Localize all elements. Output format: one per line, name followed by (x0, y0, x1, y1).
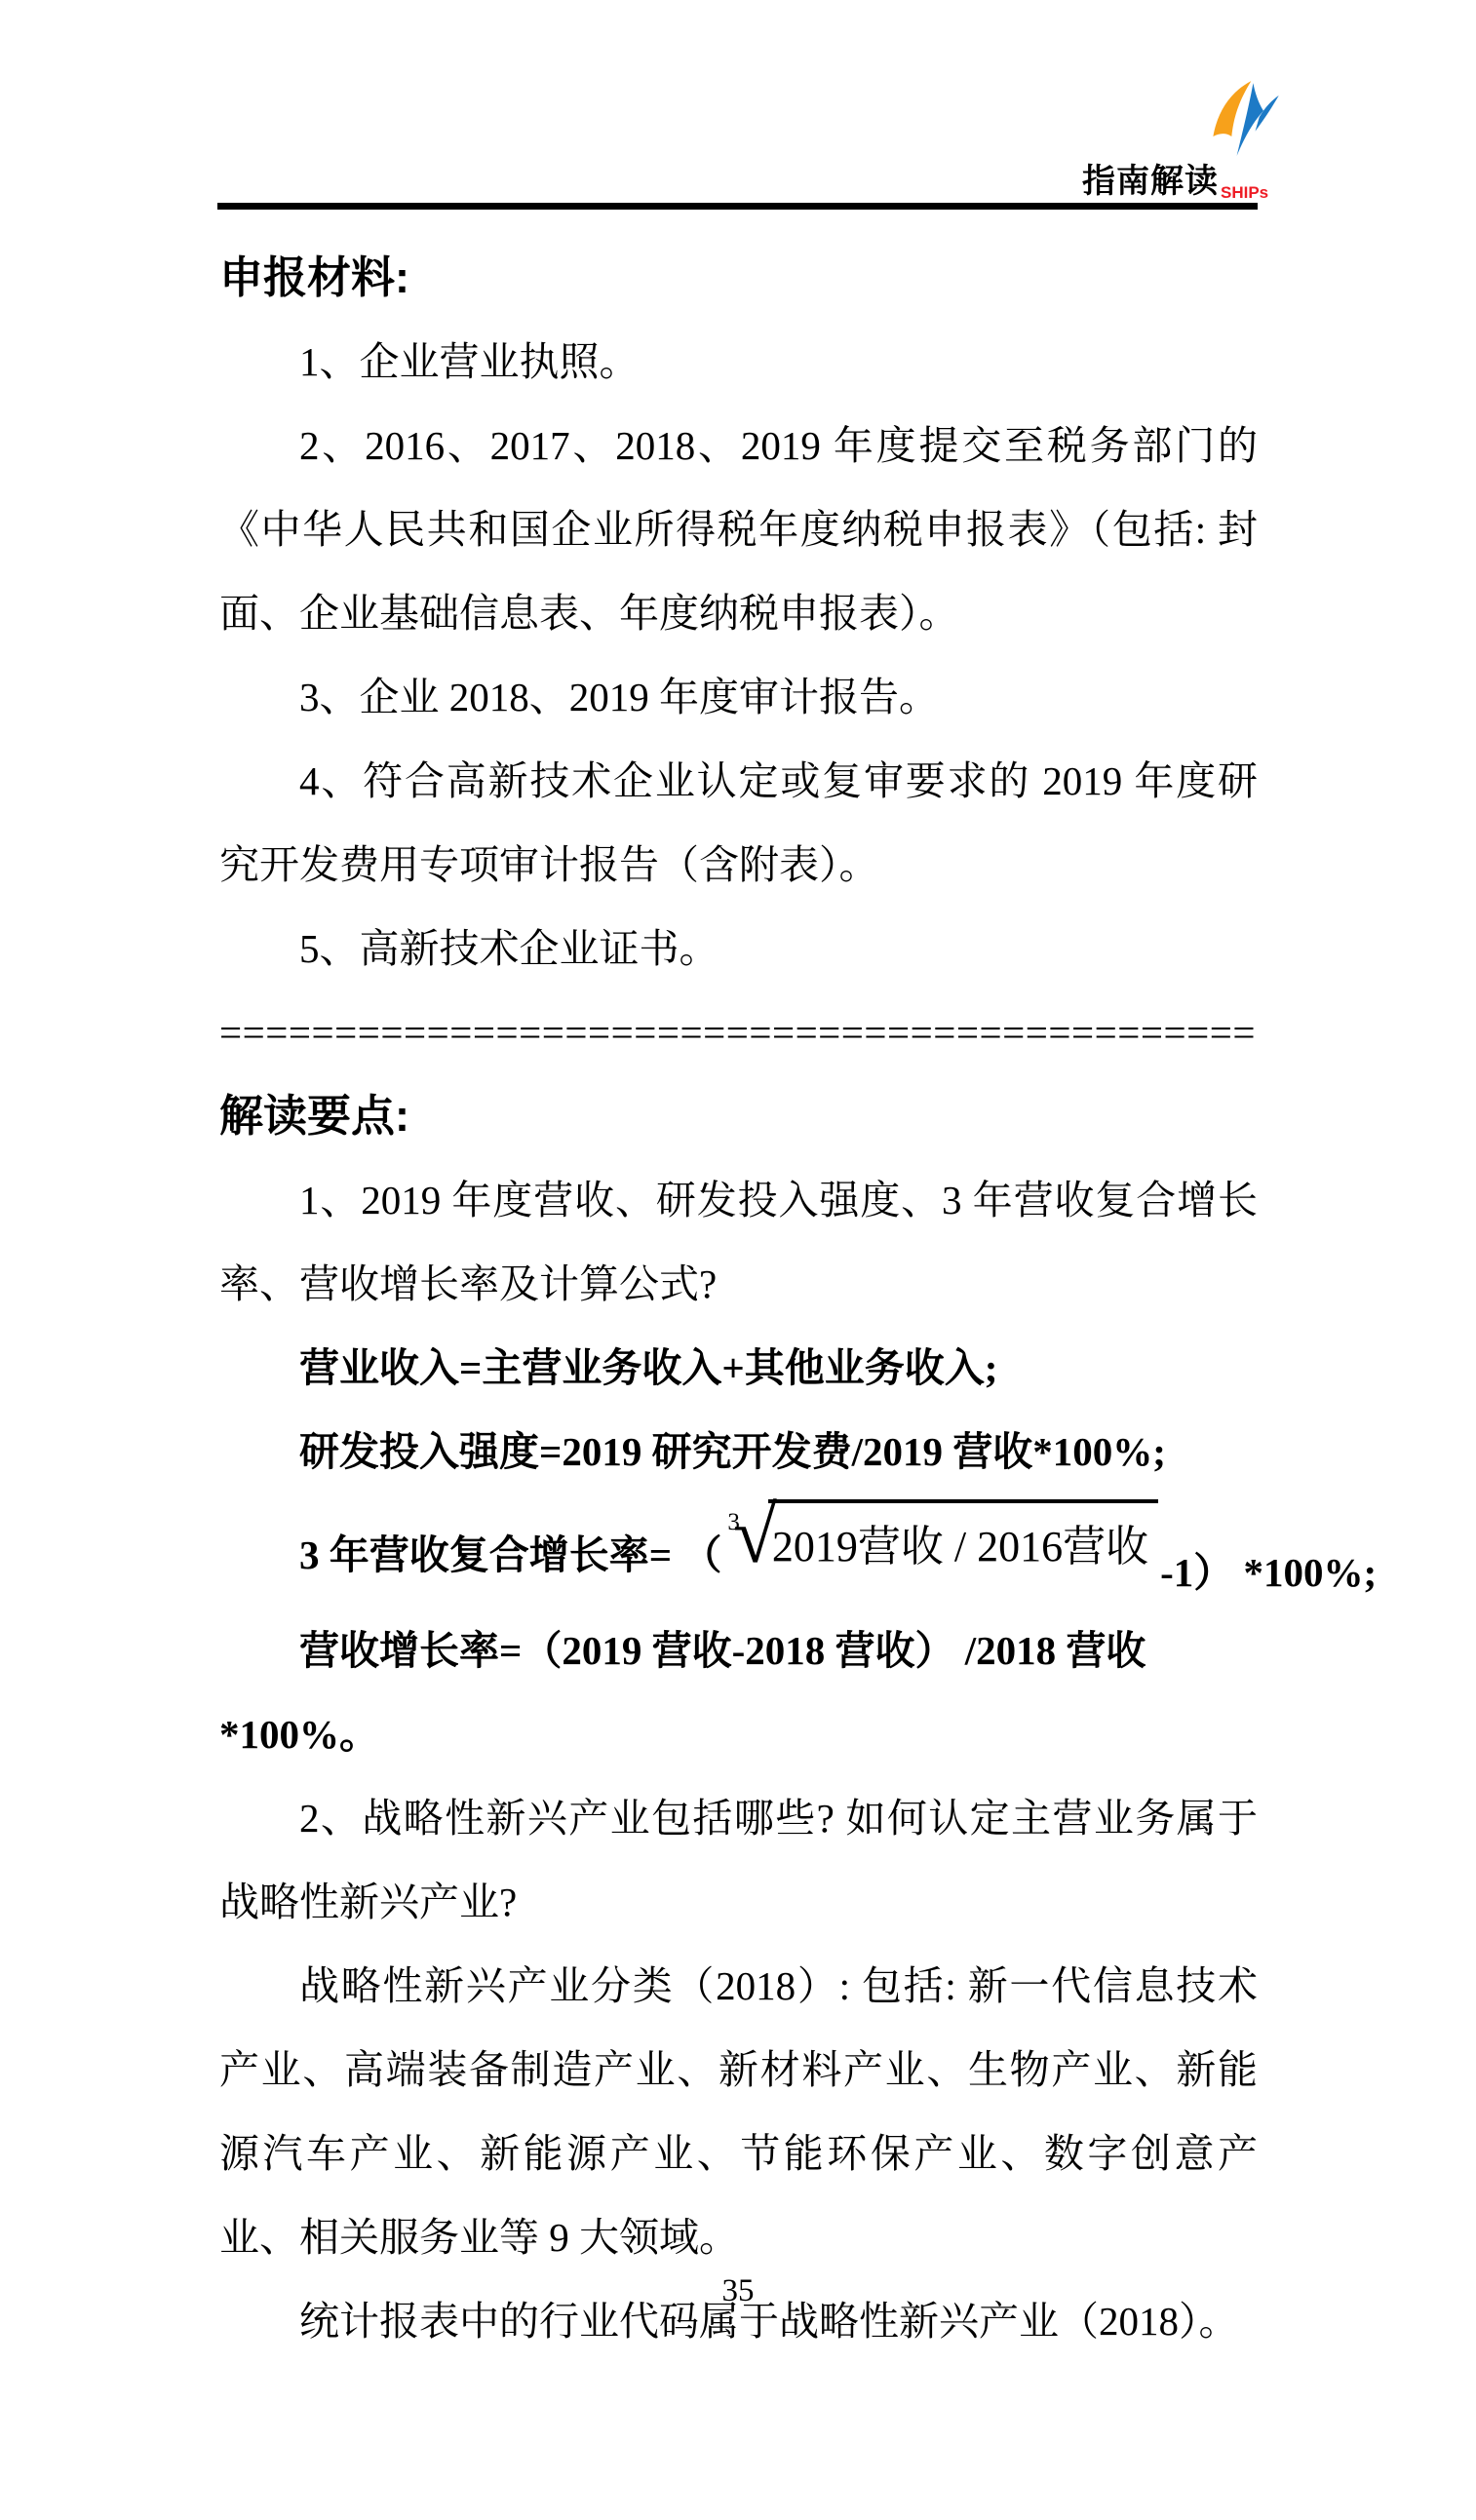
root-index: 3 (727, 1509, 740, 1536)
material-item-4: 4、符合高新技术企业认定或复审要求的 2019 年度研究开发费用专项审计报告（含… (219, 739, 1258, 907)
brand-subtitle: SHIPs (1221, 183, 1268, 203)
brand-title: 指南解读 (1082, 154, 1219, 202)
document-body: 申报材料: 1、企业营业执照。 2、2016、2017、2018、2019 年度… (219, 213, 1258, 2363)
cagr-formula-suffix: -1） *100%; (1160, 1540, 1377, 1598)
brand-logo: 指南解读 SHIPs (1082, 125, 1287, 203)
material-item-3: 3、企业 2018、2019 年度审计报告。 (219, 655, 1258, 739)
cagr-formula-prefix: 3 年营收复合增长率= （ (299, 1523, 721, 1580)
material-item-2: 2、2016、2017、2018、2019 年度提交至税务部门的《中华人民共和国… (219, 404, 1258, 655)
keypoints-answer-2-para-1: 战略性新兴产业分类（2018）: 包括: 新一代信息技术产业、高端装备制造产业、… (219, 1944, 1258, 2279)
material-item-5: 5、高新技术企业证书。 (219, 907, 1258, 990)
cagr-formula: 3 年营收复合增长率= （ 3 √ 2019营收 / 2016营收 -1） *1… (219, 1493, 1258, 1609)
revenue-formula: 营业收入=主营业务收入+其他业务收入; (219, 1326, 1258, 1410)
header-rule (217, 203, 1258, 210)
keypoints-question-1: 1、2019 年度营收、研发投入强度、3 年营收复合增长率、营收增长率及计算公式… (219, 1158, 1258, 1326)
materials-heading: 申报材料: (219, 236, 1258, 320)
section-divider: ========================================… (219, 990, 1258, 1074)
growth-rate-formula: 营收增长率=（2019 营收-2018 营收） /2018 营收*100%。 (219, 1609, 1258, 1776)
rd-intensity-formula: 研发投入强度=2019 研究开发费/2019 营收*100%; (219, 1410, 1258, 1493)
document-page: 指南解读 SHIPs 申报材料: 1、企业营业执照。 2、2016、2017、2… (0, 0, 1476, 2520)
page-number: 35 (0, 2271, 1476, 2310)
material-item-1: 1、企业营业执照。 (219, 320, 1258, 404)
keypoints-heading: 解读要点: (219, 1074, 1258, 1158)
radicand: 2019营收 / 2016营收 (768, 1499, 1158, 1573)
swoosh-logo-icon (1211, 79, 1279, 157)
cube-root-radical: 3 √ 2019营收 / 2016营收 (727, 1493, 1158, 1575)
keypoints-question-2: 2、战略性新兴产业包括哪些? 如何认定主营业务属于战略性新兴产业? (219, 1776, 1258, 1944)
